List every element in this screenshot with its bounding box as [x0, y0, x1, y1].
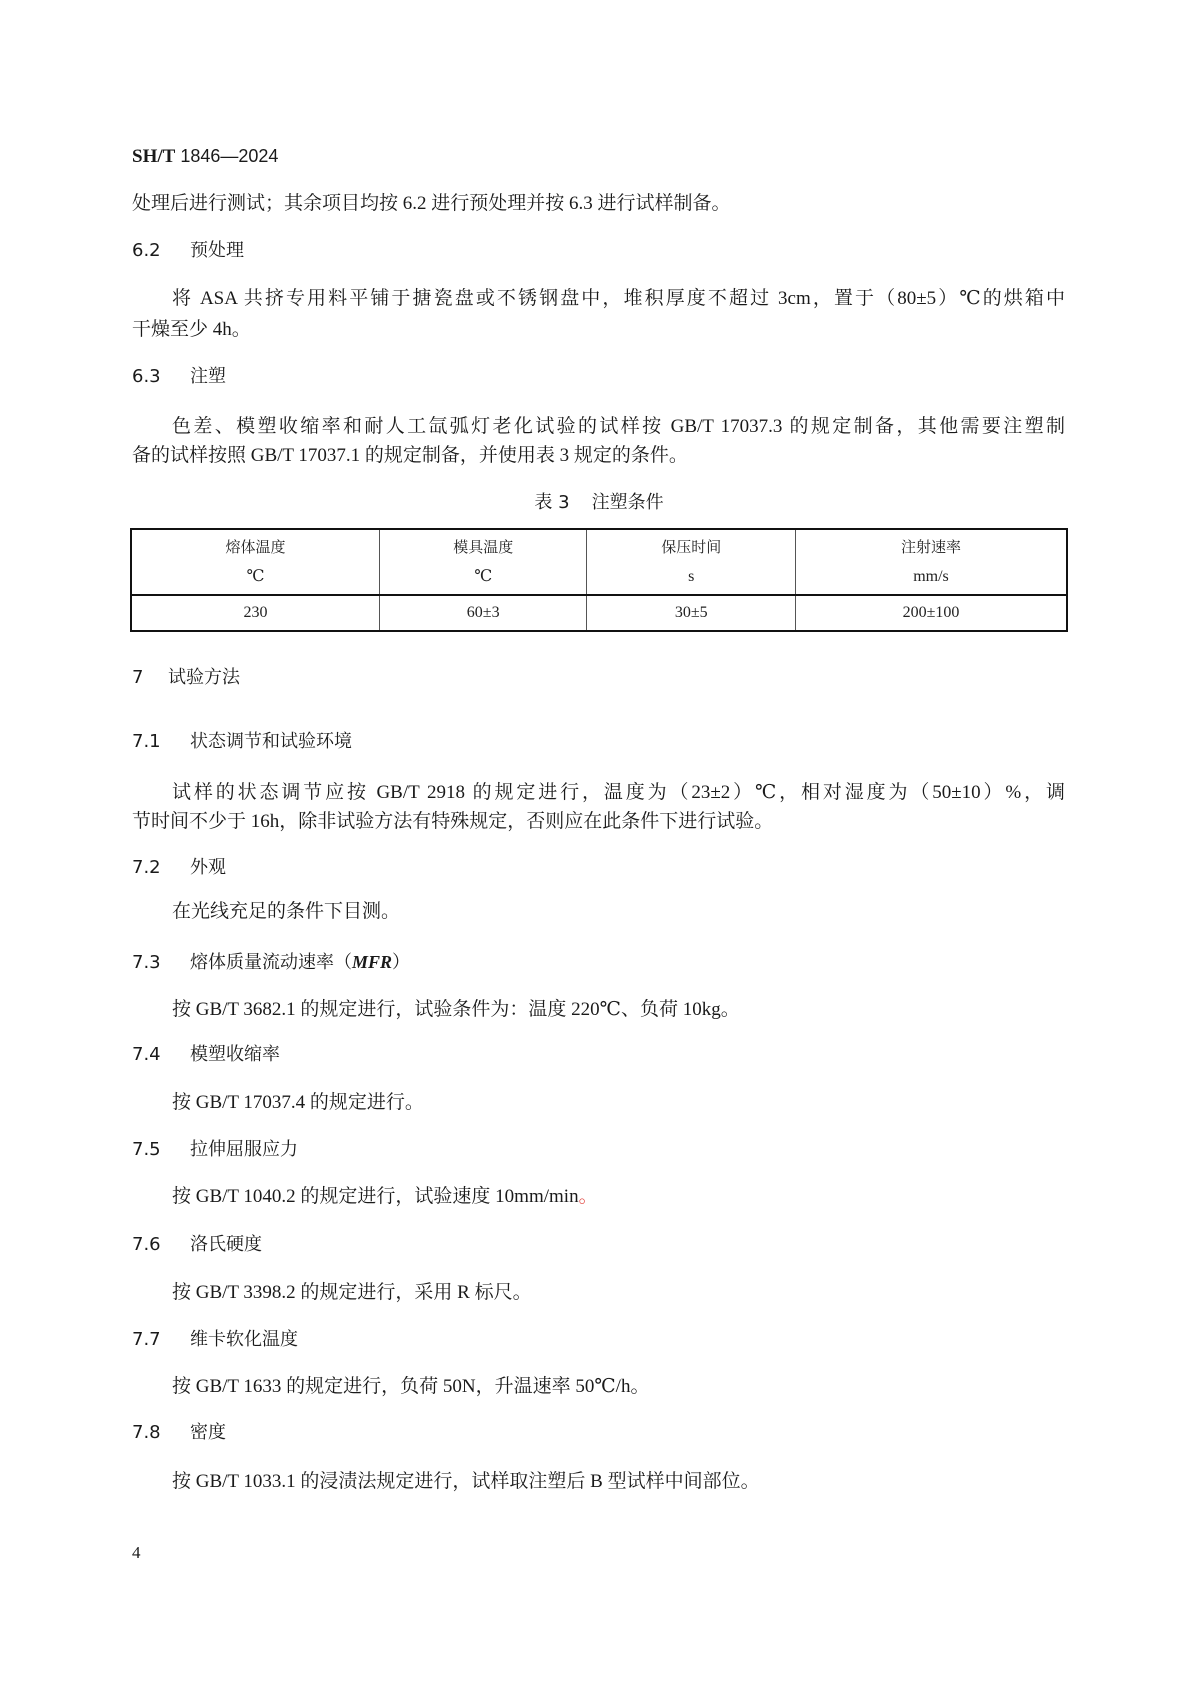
section-title: 状态调节和试验环境: [190, 731, 352, 752]
section-number: 6.2: [132, 239, 190, 263]
section-number: 7.2: [132, 856, 190, 880]
section-title: 外观: [190, 857, 226, 878]
column-name: 注射速率: [796, 532, 1066, 562]
table-caption-label: 表 3: [534, 492, 569, 513]
paragraph-line: 试样的状态调节应按 GB/T 2918 的规定进行，温度为（23±2）℃，相对湿…: [172, 781, 1065, 805]
section-title: 试验方法: [168, 667, 240, 688]
section-heading-6-3: 6.3注塑: [132, 365, 226, 389]
table-cell: 230: [131, 595, 379, 631]
paragraph-text: 按 GB/T 1040.2 的规定进行，试验速度 10mm/min: [172, 1186, 579, 1207]
section-heading-7: 7试验方法: [132, 666, 240, 690]
table-header-cell: 注射速率 mm/s: [796, 529, 1067, 595]
paragraph-line: 按 GB/T 1040.2 的规定进行，试验速度 10mm/min。: [172, 1185, 598, 1209]
section-heading-7-8: 7.8密度: [132, 1421, 226, 1445]
document-number: 1846—2024: [175, 146, 278, 166]
section-title: 注塑: [190, 366, 226, 387]
section-title: 模塑收缩率: [190, 1044, 280, 1065]
section-number: 7.8: [132, 1421, 190, 1445]
section-heading-7-4: 7.4模塑收缩率: [132, 1043, 280, 1067]
section-heading-7-6: 7.6洛氏硬度: [132, 1233, 262, 1257]
paragraph-line: 节时间不少于 16h，除非试验方法有特殊规定，否则应在此条件下进行试验。: [132, 810, 773, 834]
paragraph-line: 按 GB/T 1633 的规定进行，负荷 50N，升温速率 50℃/h。: [172, 1375, 649, 1399]
paragraph-line: 备的试样按照 GB/T 17037.1 的规定制备，并使用表 3 规定的条件。: [132, 444, 688, 468]
section-number: 7.1: [132, 730, 190, 754]
table-header-row: 熔体温度 ℃ 模具温度 ℃ 保压时间 s 注射速率 mm/s: [131, 529, 1067, 595]
paragraph-line: 按 GB/T 3682.1 的规定进行，试验条件为：温度 220℃、负荷 10k…: [172, 998, 740, 1022]
section-title: 密度: [190, 1422, 226, 1443]
section-number: 6.3: [132, 365, 190, 389]
table-header-cell: 熔体温度 ℃: [131, 529, 379, 595]
table-row: 230 60±3 30±5 200±100: [131, 595, 1067, 631]
section-heading-7-7: 7.7维卡软化温度: [132, 1328, 298, 1352]
section-title: 预处理: [190, 240, 244, 261]
column-unit: ℃: [380, 562, 587, 592]
table-caption-title: 注塑条件: [592, 492, 664, 513]
paragraph-line: 色差、模塑收缩率和耐人工氙弧灯老化试验的试样按 GB/T 17037.3 的规定…: [172, 415, 1065, 439]
red-period-mark: 。: [579, 1186, 598, 1207]
table-cell: 30±5: [587, 595, 796, 631]
section-title: 洛氏硬度: [190, 1234, 262, 1255]
section-heading-7-2: 7.2外观: [132, 856, 226, 880]
section-heading-7-3: 7.3熔体质量流动速率（MFR）: [132, 950, 410, 974]
column-unit: mm/s: [796, 562, 1066, 592]
section-title-suffix: ）: [392, 952, 410, 973]
section-title: 维卡软化温度: [190, 1329, 298, 1350]
column-name: 熔体温度: [132, 532, 379, 562]
column-unit: s: [587, 562, 795, 592]
section-number: 7.3: [132, 951, 190, 975]
paragraph-line: 按 GB/T 3398.2 的规定进行，采用 R 标尺。: [172, 1281, 532, 1305]
document-id: SH/T 1846—2024: [132, 144, 278, 169]
section-title-prefix: 熔体质量流动速率（: [190, 952, 352, 973]
table-header-cell: 模具温度 ℃: [379, 529, 587, 595]
section-number: 7.7: [132, 1328, 190, 1352]
table-caption: 表 3注塑条件: [130, 491, 1068, 515]
column-unit: ℃: [132, 562, 379, 592]
table-cell: 60±3: [379, 595, 587, 631]
injection-conditions-table: 熔体温度 ℃ 模具温度 ℃ 保压时间 s 注射速率 mm/s 230 60±3 …: [130, 528, 1068, 632]
section-number: 7.5: [132, 1138, 190, 1162]
section-heading-7-5: 7.5拉伸屈服应力: [132, 1138, 298, 1162]
column-name: 保压时间: [587, 532, 795, 562]
table-cell: 200±100: [796, 595, 1067, 631]
paragraph-line: 按 GB/T 17037.4 的规定进行。: [172, 1091, 424, 1115]
table-header-cell: 保压时间 s: [587, 529, 796, 595]
section-title-abbr: MFR: [352, 952, 392, 972]
paragraph-line: 处理后进行测试；其余项目均按 6.2 进行预处理并按 6.3 进行试样制备。: [132, 192, 731, 216]
section-heading-6-2: 6.2预处理: [132, 239, 244, 263]
paragraph-line: 在光线充足的条件下目测。: [172, 900, 400, 924]
paragraph-line: 按 GB/T 1033.1 的浸渍法规定进行，试样取注塑后 B 型试样中间部位。: [172, 1470, 760, 1494]
paragraph-line: 干燥至少 4h。: [132, 318, 251, 342]
paragraph-line: 将 ASA 共挤专用料平铺于搪瓷盘或不锈钢盘中，堆积厚度不超过 3cm，置于（8…: [172, 287, 1065, 311]
section-number: 7.6: [132, 1233, 190, 1257]
page-number: 4: [132, 1541, 141, 1565]
column-name: 模具温度: [380, 532, 587, 562]
section-heading-7-1: 7.1状态调节和试验环境: [132, 730, 352, 754]
section-number: 7: [132, 666, 168, 690]
document-prefix: SH/T: [132, 146, 175, 167]
section-number: 7.4: [132, 1043, 190, 1067]
section-title: 拉伸屈服应力: [190, 1139, 298, 1160]
